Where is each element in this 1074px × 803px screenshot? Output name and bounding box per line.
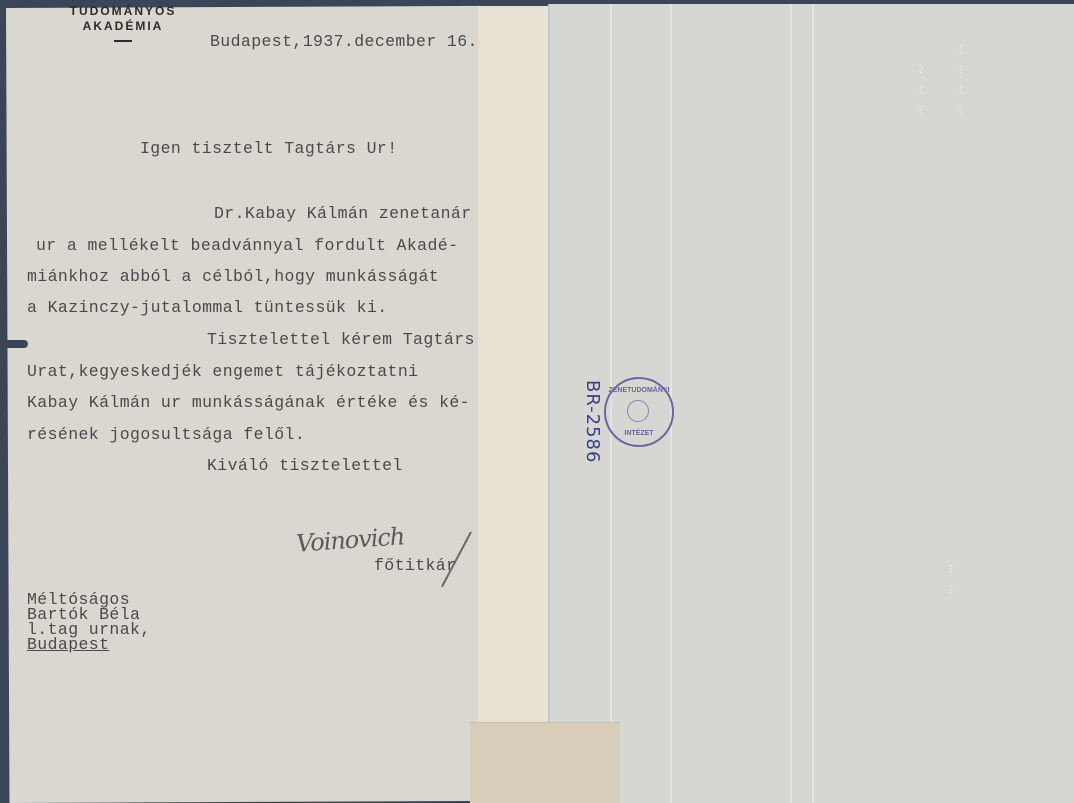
body-line: Tisztelettel kérem Tagtárs: [207, 330, 475, 349]
body-line: Dr.Kabay Kálmán zenetanár: [214, 204, 472, 223]
letterhead-rule: [114, 40, 132, 42]
scanned-document: ~ ~ ~ ~ ~ ~ ~ ~ ~ TUDOMÁNYOS AKADÉMIA Bu…: [0, 0, 1074, 803]
closing: Kiváló tisztelettel: [207, 456, 403, 475]
paper-tear: [6, 340, 28, 348]
body-line: Urat,kegyeskedjék engemet tájékoztatni: [27, 362, 418, 381]
show-through-text: ~ ~ ~ ~: [950, 44, 971, 244]
letterhead: TUDOMÁNYOS AKADÉMIA: [68, 4, 178, 42]
body-line: ur a mellékelt beadvánnyal fordult Akadé…: [36, 236, 458, 255]
show-through-text: ~ ~: [940, 564, 961, 684]
fold-line: [790, 4, 792, 803]
salutation: Igen tisztelt Tagtárs Ur!: [140, 139, 398, 158]
stamp-emblem-icon: [627, 400, 649, 422]
body-line: Kabay Kálmán ur munkásságának értéke és …: [27, 393, 470, 412]
body-line: a Kazinczy-jutalommal tüntessük ki.: [27, 298, 388, 317]
stamp-bottom-text: INTÉZET: [606, 430, 672, 437]
addressee: MéltóságosBartók Bélal.tag urnak,Budapes…: [27, 592, 151, 652]
addressee-city: Budapest: [27, 637, 151, 652]
body-line: miánkhoz abból a célból,hogy munkásságát: [27, 267, 439, 286]
show-through-text: ~ ~ ~: [910, 64, 931, 224]
signer-title: főtitkár: [374, 556, 456, 575]
institute-stamp: ZENETUDOMÁNYI INTÉZET: [604, 377, 674, 447]
fold-line: [812, 4, 814, 803]
letterhead-line-2: AKADÉMIA: [68, 19, 178, 34]
letterhead-line-1: TUDOMÁNYOS: [68, 4, 178, 19]
repair-tape-strip: [478, 6, 548, 803]
dateline: Budapest,1937.december 16.: [210, 32, 478, 51]
stamp-top-text: ZENETUDOMÁNYI: [606, 387, 672, 394]
body-line: résének jogosultsága felől.: [27, 425, 305, 444]
repair-tape-patch: [470, 722, 620, 803]
archive-number: BR-2586: [582, 380, 603, 463]
